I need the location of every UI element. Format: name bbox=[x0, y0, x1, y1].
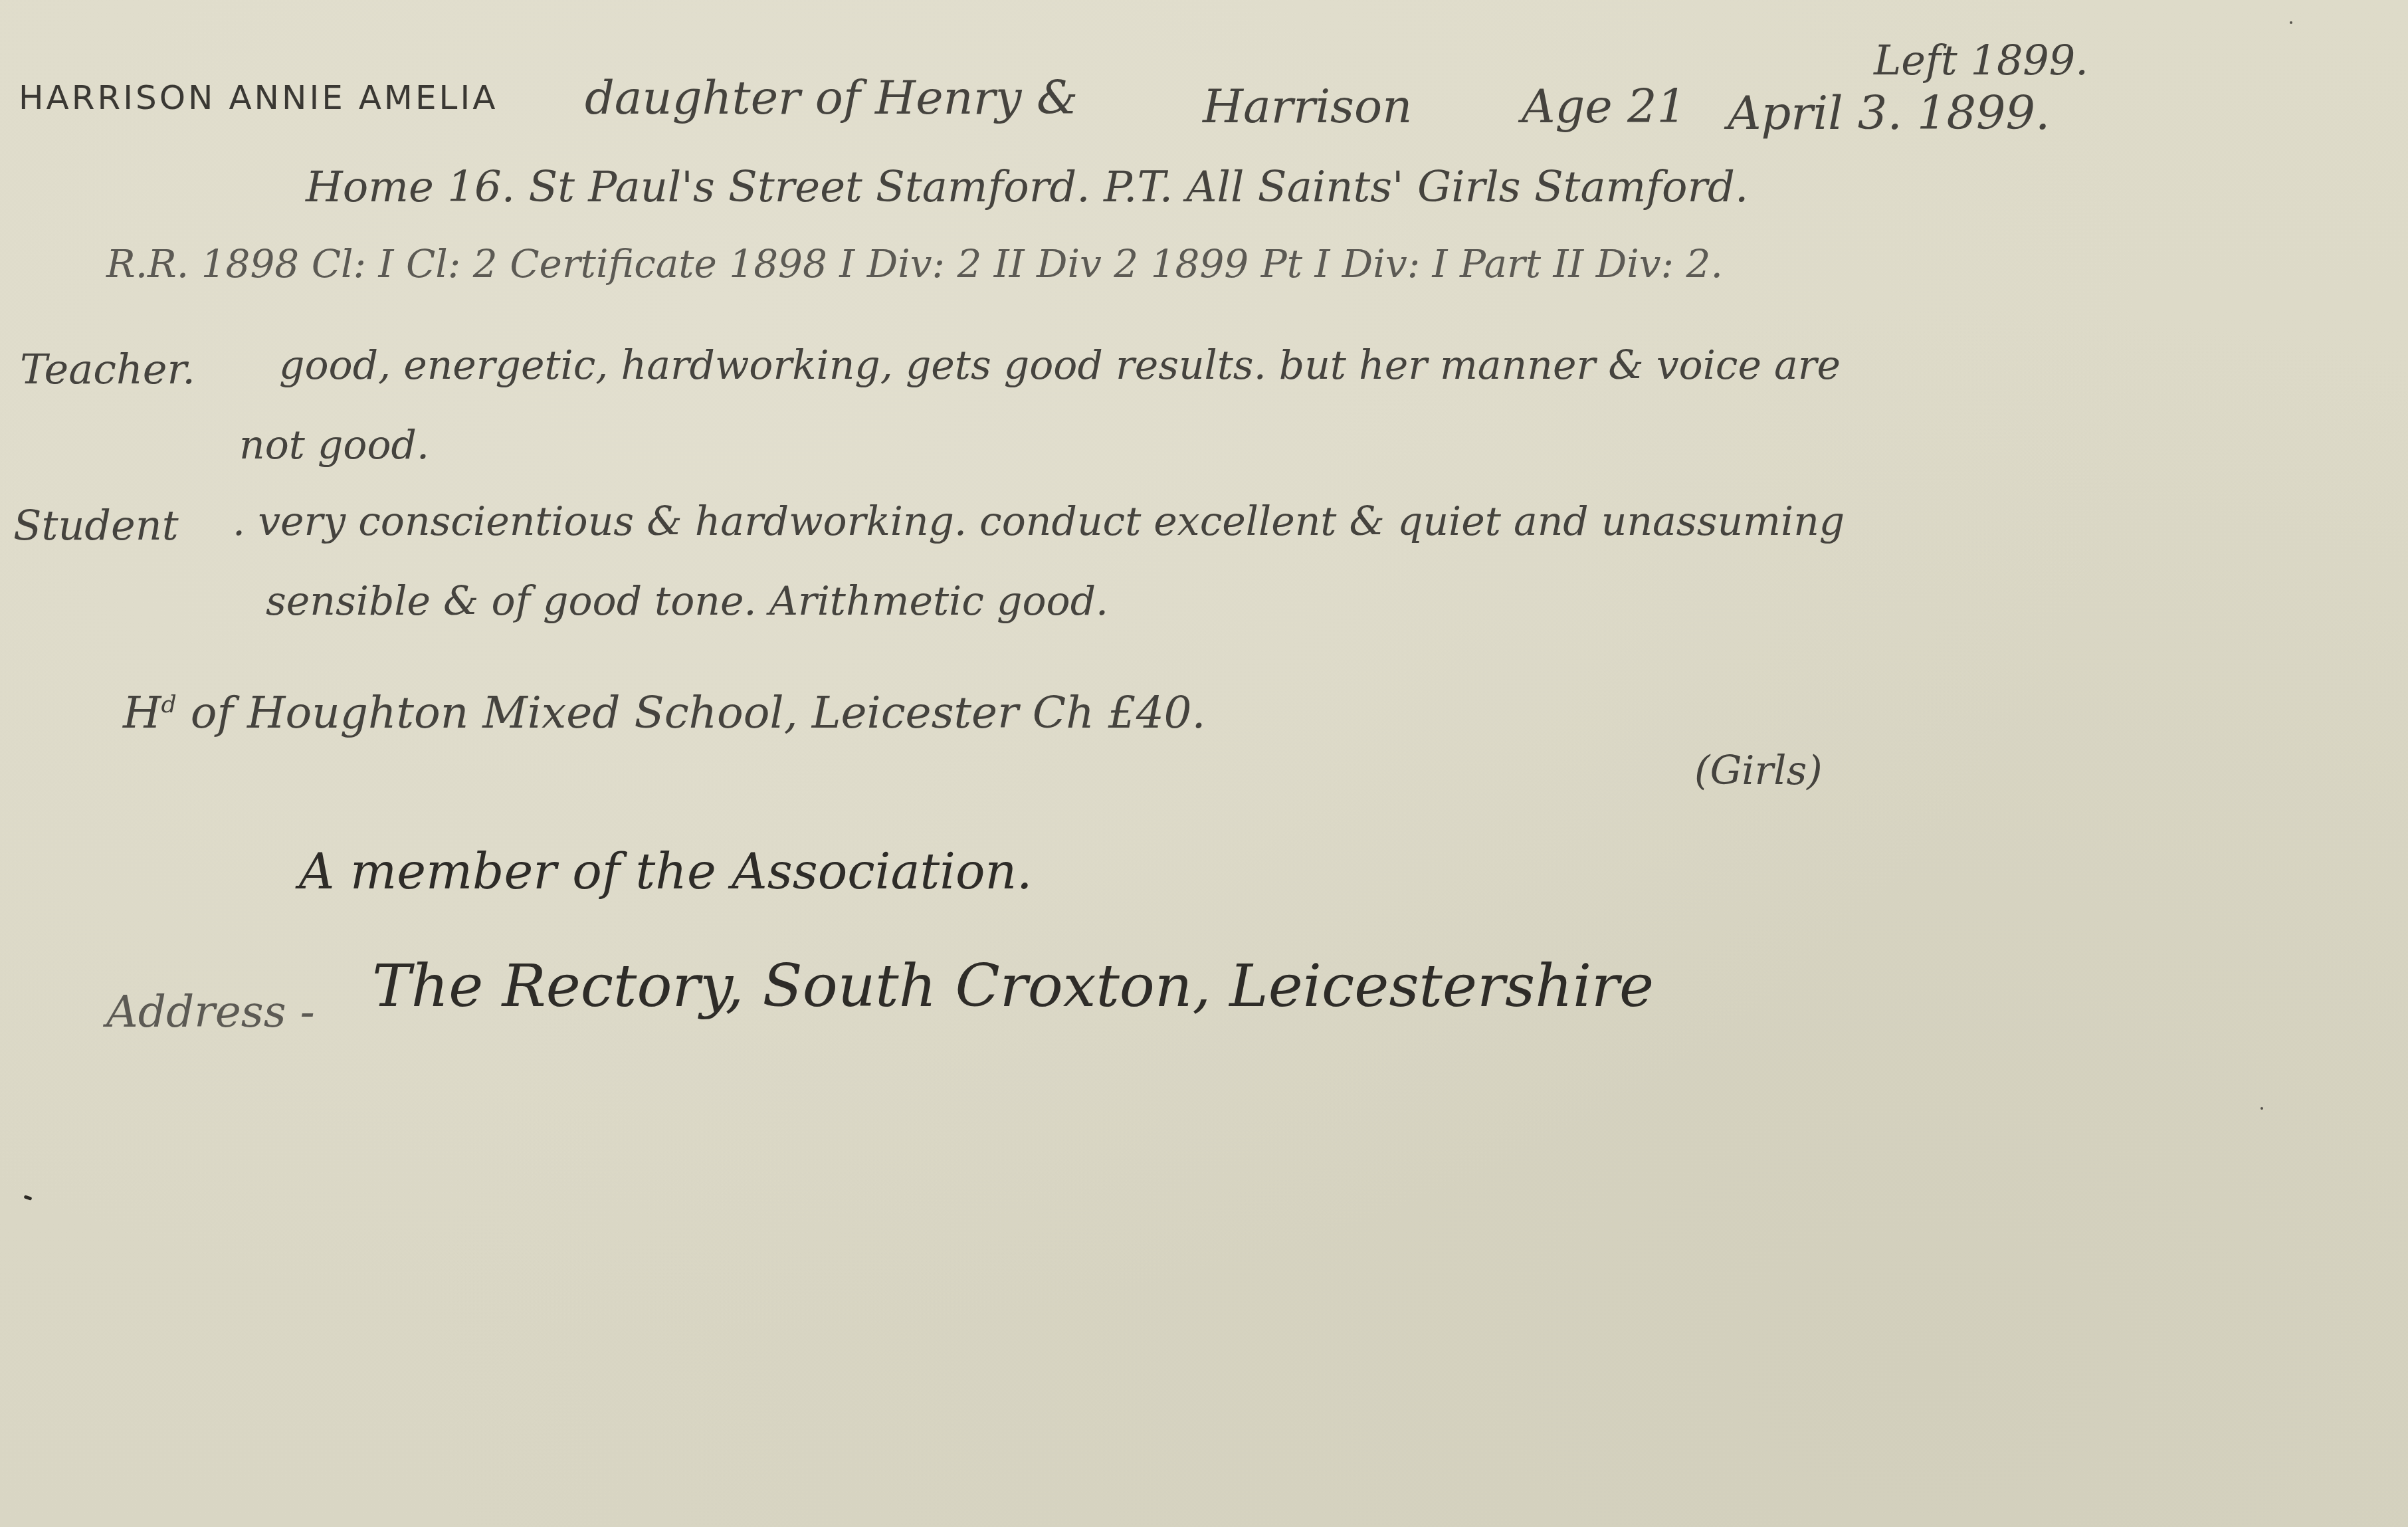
teacher-label: Teacher. bbox=[20, 349, 195, 390]
student-label: Student bbox=[13, 505, 179, 546]
teacher-remarks-cont: not good. bbox=[239, 425, 429, 465]
address-value: The Rectory, South Croxton, Leicestershi… bbox=[372, 957, 1654, 1015]
appointment-prefix: H bbox=[123, 687, 161, 738]
age: Age 21 bbox=[1522, 83, 1686, 130]
exam-results-line: R.R. 1898 Cl: I Cl: 2 Certificate 1898 I… bbox=[106, 245, 1723, 283]
left-note: Left 1899. bbox=[1874, 40, 2088, 81]
address-label: Address - bbox=[106, 990, 315, 1034]
teacher-remarks: good, energetic, hardworking, gets good … bbox=[279, 346, 1841, 385]
membership-note: A member of the Association. bbox=[299, 847, 1033, 896]
appointment-text: of Houghton Mixed School, Leicester Ch £… bbox=[191, 687, 1206, 738]
register-page: Left 1899. HARRISON ANNIE AMELIA daughte… bbox=[0, 0, 2408, 1527]
ink-speck bbox=[24, 1195, 33, 1201]
student-name: HARRISON ANNIE AMELIA bbox=[19, 81, 498, 114]
appointment-prefix-sup: d bbox=[161, 690, 177, 718]
paper-dot bbox=[2290, 21, 2292, 24]
paper-dot bbox=[2260, 1107, 2263, 1110]
entry-date: April 3. 1899. bbox=[1728, 90, 2050, 136]
student-remarks-cont: sensible & of good tone. Arithmetic good… bbox=[266, 581, 1108, 621]
parentage: daughter of Henry & bbox=[585, 74, 1078, 121]
student-remarks: . very conscientious & hardworking. cond… bbox=[233, 502, 1845, 542]
parent-surname: Harrison bbox=[1203, 83, 1412, 130]
appointment-line: Hd of Houghton Mixed School, Leicester C… bbox=[123, 691, 1206, 735]
appointment-note: (Girls) bbox=[1694, 751, 1823, 791]
home-address-line: Home 16. St Paul's Street Stamford. P.T.… bbox=[306, 166, 1748, 209]
